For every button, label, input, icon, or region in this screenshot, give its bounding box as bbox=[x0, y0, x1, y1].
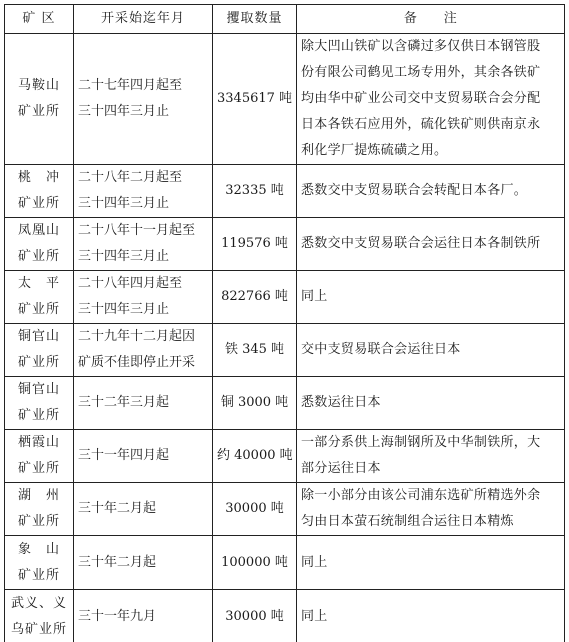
cell-area-line: 马鞍山 bbox=[9, 73, 69, 99]
header-quantity: 攫取数量 bbox=[213, 5, 297, 34]
cell-area-line: 武义、义 bbox=[9, 591, 69, 617]
cell-area: 武义、义乌矿业所 bbox=[5, 590, 74, 642]
cell-quantity: 铜 3000 吨 bbox=[213, 377, 297, 430]
header-area: 矿 区 bbox=[5, 5, 74, 34]
cell-note: 悉数交中支贸易联合会运往日本各制铁所 bbox=[297, 218, 565, 271]
cell-note: 悉数运往日本 bbox=[297, 377, 565, 430]
cell-area-line: 矿业所 bbox=[9, 244, 69, 270]
table-row: 栖霞山矿业所三十一年四月起约 40000 吨一部分系供上海制钢所及中华制铁所，大… bbox=[5, 430, 565, 483]
table-row: 太 平矿业所二十八年四月起至三十四年三月止822766 吨同上 bbox=[5, 271, 565, 324]
cell-period: 三十年二月起 bbox=[74, 483, 213, 536]
cell-period-line: 二十八年二月起至 bbox=[78, 165, 208, 191]
cell-note: 交中支贸易联合会运往日本 bbox=[297, 324, 565, 377]
cell-period: 三十年二月起 bbox=[74, 536, 213, 590]
cell-area-line: 矿业所 bbox=[9, 456, 69, 482]
cell-period-line: 三十四年三月止 bbox=[78, 99, 208, 125]
cell-period-line: 三十一年四月起 bbox=[78, 443, 208, 469]
cell-period-line: 三十四年三月止 bbox=[78, 297, 208, 323]
cell-quantity: 铁 345 吨 bbox=[213, 324, 297, 377]
cell-period-line: 三十年二月起 bbox=[78, 550, 208, 576]
cell-area: 铜官山矿业所 bbox=[5, 377, 74, 430]
cell-area-line: 凤凰山 bbox=[9, 218, 69, 244]
cell-quantity: 32335 吨 bbox=[213, 165, 297, 218]
cell-note: 同上 bbox=[297, 536, 565, 590]
cell-period-line: 三十四年三月止 bbox=[78, 244, 208, 270]
cell-period-line: 二十八年十一月起至 bbox=[78, 218, 208, 244]
cell-area-line: 湖 州 bbox=[9, 483, 69, 509]
cell-note-line: 除一小部分由该公司浦东选矿所精选外余 bbox=[301, 483, 560, 509]
cell-note-line: 匀由日本萤石统制组合运往日本精炼 bbox=[301, 509, 560, 535]
cell-area-line: 铜官山 bbox=[9, 324, 69, 350]
cell-note-line: 日本各铁石应用外，硫化铁矿则供南京永 bbox=[301, 112, 560, 138]
header-note: 备 注 bbox=[297, 5, 565, 34]
cell-note-line: 悉数运往日本 bbox=[301, 390, 560, 416]
cell-quantity: 30000 吨 bbox=[213, 590, 297, 642]
cell-period: 三十一年九月 bbox=[74, 590, 213, 642]
cell-area-line: 矿业所 bbox=[9, 297, 69, 323]
cell-area-line: 太 平 bbox=[9, 271, 69, 297]
cell-period: 二十八年四月起至三十四年三月止 bbox=[74, 271, 213, 324]
table-row: 桃 冲矿业所二十八年二月起至三十四年三月止32335 吨悉数交中支贸易联合会转配… bbox=[5, 165, 565, 218]
cell-period-line: 二十八年四月起至 bbox=[78, 271, 208, 297]
cell-note-line: 同上 bbox=[301, 550, 560, 576]
cell-area-line: 象 山 bbox=[9, 537, 69, 563]
cell-quantity: 3345617 吨 bbox=[213, 34, 297, 165]
cell-note: 除一小部分由该公司浦东选矿所精选外余匀由日本萤石统制组合运往日本精炼 bbox=[297, 483, 565, 536]
cell-note-line: 悉数交中支贸易联合会运往日本各制铁所 bbox=[301, 231, 560, 257]
cell-area: 马鞍山矿业所 bbox=[5, 34, 74, 165]
cell-area: 太 平矿业所 bbox=[5, 271, 74, 324]
cell-area: 凤凰山矿业所 bbox=[5, 218, 74, 271]
cell-period-line: 矿质不佳即停止开采 bbox=[78, 350, 208, 376]
table-row: 铜官山矿业所三十二年三月起铜 3000 吨悉数运往日本 bbox=[5, 377, 565, 430]
table-body: 马鞍山矿业所二十七年四月起至三十四年三月止3345617 吨除大凹山铁矿以含磷过… bbox=[5, 34, 565, 642]
cell-area-line: 矿业所 bbox=[9, 509, 69, 535]
cell-area-line: 栖霞山 bbox=[9, 430, 69, 456]
cell-note-line: 同上 bbox=[301, 284, 560, 310]
cell-area-line: 桃 冲 bbox=[9, 165, 69, 191]
cell-period: 三十二年三月起 bbox=[74, 377, 213, 430]
table-row: 武义、义乌矿业所三十一年九月30000 吨同上 bbox=[5, 590, 565, 642]
cell-area: 象 山矿业所 bbox=[5, 536, 74, 590]
cell-quantity: 822766 吨 bbox=[213, 271, 297, 324]
cell-quantity: 30000 吨 bbox=[213, 483, 297, 536]
cell-area-line: 矿业所 bbox=[9, 350, 69, 376]
cell-period: 三十一年四月起 bbox=[74, 430, 213, 483]
cell-period-line: 三十年二月起 bbox=[78, 496, 208, 522]
table-row: 马鞍山矿业所二十七年四月起至三十四年三月止3345617 吨除大凹山铁矿以含磷过… bbox=[5, 34, 565, 165]
cell-period-line: 三十一年九月 bbox=[78, 604, 208, 630]
cell-note-line: 部分运往日本 bbox=[301, 456, 560, 482]
cell-quantity: 约 40000 吨 bbox=[213, 430, 297, 483]
cell-note-line: 悉数交中支贸易联合会转配日本各厂。 bbox=[301, 178, 560, 204]
cell-note: 同上 bbox=[297, 590, 565, 642]
table-row: 象 山矿业所三十年二月起100000 吨同上 bbox=[5, 536, 565, 590]
cell-area-line: 矿业所 bbox=[9, 99, 69, 125]
cell-period-line: 三十四年三月止 bbox=[78, 191, 208, 217]
cell-period: 二十七年四月起至三十四年三月止 bbox=[74, 34, 213, 165]
cell-note: 除大凹山铁矿以含磷过多仅供日本钢管股份有限公司鹤见工场专用外，其余各铁矿均由华中… bbox=[297, 34, 565, 165]
cell-note: 悉数交中支贸易联合会转配日本各厂。 bbox=[297, 165, 565, 218]
cell-note: 一部分系供上海制钢所及中华制铁所，大部分运往日本 bbox=[297, 430, 565, 483]
cell-area: 栖霞山矿业所 bbox=[5, 430, 74, 483]
table-row: 湖 州矿业所三十年二月起30000 吨除一小部分由该公司浦东选矿所精选外余匀由日… bbox=[5, 483, 565, 536]
cell-note-line: 同上 bbox=[301, 604, 560, 630]
cell-area: 铜官山矿业所 bbox=[5, 324, 74, 377]
cell-area-line: 矿业所 bbox=[9, 191, 69, 217]
cell-note-line: 一部分系供上海制钢所及中华制铁所，大 bbox=[301, 430, 560, 456]
cell-period: 二十八年二月起至三十四年三月止 bbox=[74, 165, 213, 218]
cell-period-line: 二十九年十二月起因 bbox=[78, 324, 208, 350]
cell-area-line: 铜官山 bbox=[9, 377, 69, 403]
cell-note-line: 交中支贸易联合会运往日本 bbox=[301, 337, 560, 363]
cell-note-line: 均由华中矿业公司交中支贸易联合会分配 bbox=[301, 86, 560, 112]
cell-area-line: 矿业所 bbox=[9, 403, 69, 429]
cell-period-line: 三十二年三月起 bbox=[78, 390, 208, 416]
cell-area-line: 乌矿业所 bbox=[9, 617, 69, 642]
cell-note-line: 利化学厂提炼硫磺之用。 bbox=[301, 138, 560, 164]
cell-note: 同上 bbox=[297, 271, 565, 324]
table-row: 铜官山矿业所二十九年十二月起因矿质不佳即停止开采铁 345 吨交中支贸易联合会运… bbox=[5, 324, 565, 377]
cell-quantity: 100000 吨 bbox=[213, 536, 297, 590]
cell-quantity: 119576 吨 bbox=[213, 218, 297, 271]
cell-note-line: 除大凹山铁矿以含磷过多仅供日本钢管股 bbox=[301, 34, 560, 60]
table-row: 凤凰山矿业所二十八年十一月起至三十四年三月止119576 吨悉数交中支贸易联合会… bbox=[5, 218, 565, 271]
cell-note-line: 份有限公司鹤见工场专用外，其余各铁矿 bbox=[301, 60, 560, 86]
cell-area: 湖 州矿业所 bbox=[5, 483, 74, 536]
cell-period: 二十八年十一月起至三十四年三月止 bbox=[74, 218, 213, 271]
cell-period: 二十九年十二月起因矿质不佳即停止开采 bbox=[74, 324, 213, 377]
table-header-row: 矿 区 开采始迄年月 攫取数量 备 注 bbox=[5, 5, 565, 34]
cell-period-line: 二十七年四月起至 bbox=[78, 73, 208, 99]
cell-area-line: 矿业所 bbox=[9, 563, 69, 589]
mining-table: 矿 区 开采始迄年月 攫取数量 备 注 马鞍山矿业所二十七年四月起至三十四年三月… bbox=[4, 4, 565, 642]
cell-area: 桃 冲矿业所 bbox=[5, 165, 74, 218]
header-period: 开采始迄年月 bbox=[74, 5, 213, 34]
